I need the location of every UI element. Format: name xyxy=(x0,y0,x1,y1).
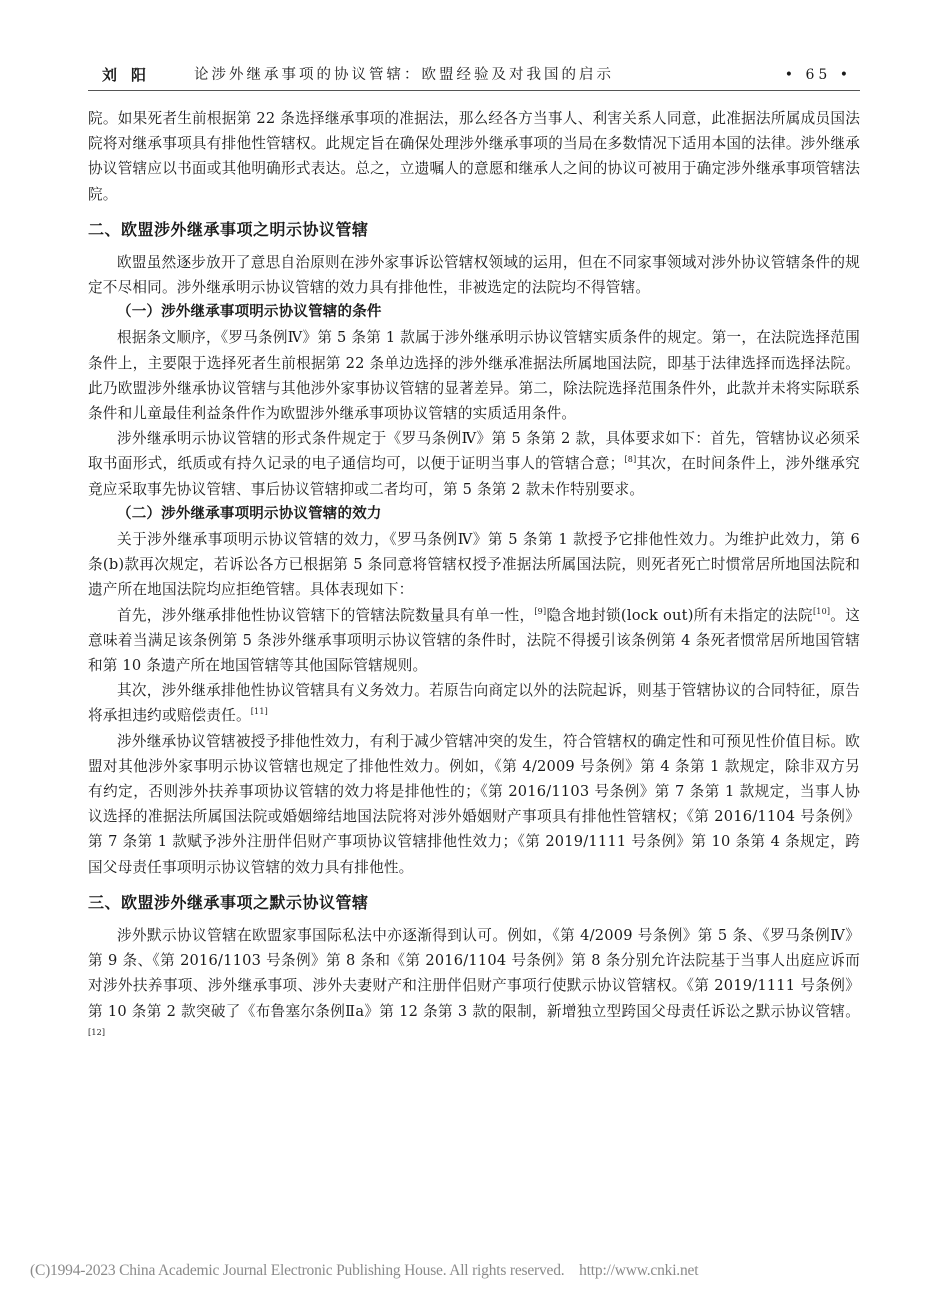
subsection-heading-2: （二）涉外继承事项明示协议管辖的效力 xyxy=(88,502,860,527)
header-rule xyxy=(88,90,860,91)
paragraph: 关于涉外继承事项明示协议管辖的效力，《罗马条例Ⅳ》第 5 条第 1 款授予它排他… xyxy=(88,527,860,603)
citation-ref: [9] xyxy=(534,607,546,616)
section-heading-2: 二、欧盟涉外继承事项之明示协议管辖 xyxy=(88,217,860,242)
paragraph: 其次，涉外继承排他性协议管辖具有义务效力。若原告向商定以外的法院起诉，则基于管辖… xyxy=(88,678,860,728)
header-author: 刘阳 xyxy=(102,62,160,88)
paragraph: 根据条文顺序，《罗马条例Ⅳ》第 5 条第 1 款属于涉外继承明示协议管辖实质条件… xyxy=(88,325,860,426)
citation-ref: [11] xyxy=(251,708,268,717)
paragraph: 涉外继承明示协议管辖的形式条件规定于《罗马条例Ⅳ》第 5 条第 2 款，具体要求… xyxy=(88,426,860,502)
paragraph: 涉外继承协议管辖被授予排他性效力，有利于减少管辖冲突的发生，符合管辖权的确定性和… xyxy=(88,729,860,880)
citation-ref: [10] xyxy=(813,607,830,616)
paragraph: 欧盟虽然逐步放开了意思自治原则在涉外家事诉讼管辖权领域的运用，但在不同家事领域对… xyxy=(88,250,860,300)
citation-ref: [12] xyxy=(88,1028,105,1037)
subsection-heading-1: （一）涉外继承事项明示协议管辖的条件 xyxy=(88,300,860,325)
page-number: • 65 • xyxy=(785,62,852,88)
paragraph: 涉外默示协议管辖在欧盟家事国际私法中亦逐渐得到认可。例如，《第 4/2009 号… xyxy=(88,923,860,1049)
paragraph: 首先，涉外继承排他性协议管辖下的管辖法院数量具有单一性，[9]隐含地封锁(loc… xyxy=(88,603,860,679)
copyright-footer: (C)1994-2023 China Academic Journal Elec… xyxy=(30,1262,698,1280)
section-heading-3: 三、欧盟涉外继承事项之默示协议管辖 xyxy=(88,890,860,915)
header-article-title: 论涉外继承事项的协议管辖：欧盟经验及对我国的启示 xyxy=(194,62,614,88)
citation-ref: [8] xyxy=(624,456,636,465)
running-header: 刘阳 论涉外继承事项的协议管辖：欧盟经验及对我国的启示 • 65 • xyxy=(88,62,860,88)
paragraph-continued: 院。如果死者生前根据第 22 条选择继承事项的准据法，那么经各方当事人、利害关系… xyxy=(88,106,860,207)
article-body: 院。如果死者生前根据第 22 条选择继承事项的准据法，那么经各方当事人、利害关系… xyxy=(88,106,860,1049)
